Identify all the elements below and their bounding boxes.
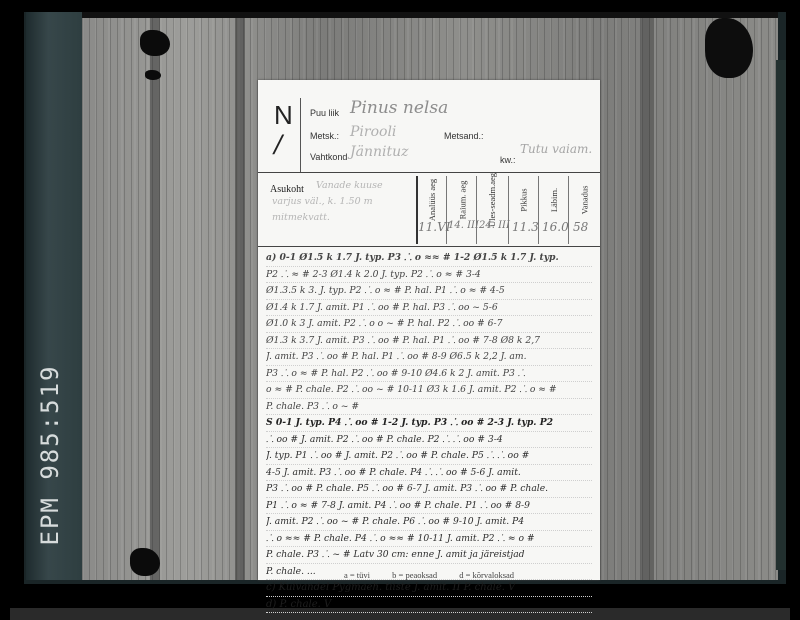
note-line: P2 ⸫ ≈ # 2-3 Ø1.4 k 2.0 J. typ. P2 ⸫ o ≈… xyxy=(266,267,592,284)
card-legend: a = tüvi b = peaoksad d = kõrvaloksad xyxy=(258,570,600,580)
measurement-table: Asukoht Vanade kuuse varjus väl., k. 1.5… xyxy=(258,172,600,247)
labim-value: 16.0 xyxy=(542,220,569,234)
note-line: Ø1.3.5 k 3. J. typ. P2 ⸫ o ≈ # P. hal. P… xyxy=(266,283,592,300)
note-line: c) Kuivandel Pygmaeh. tiiste J. amit. II… xyxy=(266,580,592,597)
note-line: Ø1.3 k 3.7 J. amit. P3 ⸫ oo # P. hal. P1… xyxy=(266,333,592,350)
note-line: o ≈ # P. chale. P2 ⸫ oo ~ # 10-11 Ø3 k 1… xyxy=(266,382,592,399)
note-line: J. amit. P3 ⸫ oo # P. hal. P1 ⸫ oo # 8-9… xyxy=(266,349,592,366)
note-line: 4-5 J. amit. P3 ⸫ oo # P. chale. P4 ⸫ ⸫ … xyxy=(266,465,592,482)
note-line: d) P. chale. V xyxy=(266,597,592,614)
wood-grain-stripe xyxy=(640,12,654,580)
table-divider xyxy=(476,176,477,244)
col-header-analyys-aeg: Analüüs aeg xyxy=(421,178,443,222)
legend-item-d: d = kõrvaloksad xyxy=(459,570,514,580)
note-line: P1 ⸫ o ≈ # 7-8 J. amit. P4 ⸫ oo # P. cha… xyxy=(266,498,592,515)
card-header: N / Puu liik Pinus nelsa Metsk.: Pirooli… xyxy=(258,80,600,173)
asukoht-line-3: mitmekvatt. xyxy=(272,212,330,223)
vanadus-value: 58 xyxy=(573,220,588,234)
analyys-aeg-value: 11.VI xyxy=(418,220,451,234)
vahtkond-value: Jännituz xyxy=(350,144,409,160)
note-line: P. chale. P3 ⸫ ~ # Latv 30 cm: enne J. a… xyxy=(266,547,592,564)
note-line: J. typ. P1 ⸫ oo # J. amit. P2 ⸫ oo # P. … xyxy=(266,448,592,465)
note-line: a) 0-1 Ø1.5 k 1.7 J. typ. P3 ⸫ o ≈≈ # 1-… xyxy=(266,250,592,267)
metsand-label: Metsand.: xyxy=(444,131,484,141)
note-line: P. chale. P3 ⸫ o ~ # xyxy=(266,399,592,416)
col-header-pikkus: Pikkus xyxy=(513,178,535,222)
archive-label: EPM 985:519 xyxy=(36,365,64,546)
note-line: P3 ⸫ o ≈ # P. hal. P2 ⸫ oo # 9-10 Ø4.6 k… xyxy=(266,366,592,383)
kw-value: Tutu vaiam. xyxy=(520,142,592,156)
legend-item-b: b = peaoksad xyxy=(392,570,437,580)
tree-analysis-card: N / Puu liik Pinus nelsa Metsk.: Pirooli… xyxy=(258,80,600,580)
col-header-vanadus: Vanadus xyxy=(573,178,595,222)
metsk-value: Pirooli xyxy=(350,124,396,140)
note-line: Ø1.0 k 3 J. amit. P2 ⸫ o o ~ # P. hal. P… xyxy=(266,316,592,333)
asukoht-line-1: Vanade kuuse xyxy=(316,180,383,191)
col-header-raium-aeg: Raium. aeg xyxy=(451,178,473,222)
asukoht-line-2: varjus väl., k. 1.50 m xyxy=(272,196,373,207)
number-value: / xyxy=(274,130,282,158)
number-mark: N xyxy=(274,100,293,131)
note-line: ⸫ o ≈≈ # P. chale. P4 ⸫ o ≈≈ # 10-11 J. … xyxy=(266,531,592,548)
note-line: ⸫ oo # J. amit. P2 ⸫ oo # P. chale. P2 ⸫… xyxy=(266,432,592,449)
table-divider xyxy=(508,176,509,244)
wood-grain-stripe xyxy=(150,12,160,580)
note-line-section-s: S 0-1 J. typ. P4 ⸫ oo # 1-2 J. typ. P3 ⸫… xyxy=(266,415,592,432)
note-line: Ø1.4 k 1.7 J. amit. P1 ⸫ oo # P. hal. P3… xyxy=(266,300,592,317)
pikkus-value: 11.3 xyxy=(512,220,539,234)
plate-edge-top xyxy=(82,12,778,18)
asukoht-label: Asukoht xyxy=(270,184,304,195)
raium-aeg-value: 14. III xyxy=(448,220,479,231)
col-header-labim: Läbim. xyxy=(543,178,565,222)
film-edge-right xyxy=(776,60,786,570)
note-line: J. amit. P2 ⸫ oo ~ # P. chale. P6 ⸫ oo #… xyxy=(266,514,592,531)
col-header-ules-seadm-aeg: Üles-seadm.aeg xyxy=(481,178,503,222)
note-line: P3 ⸫ oo # P. chale. P5 ⸫ oo # 6-7 J. ami… xyxy=(266,481,592,498)
metsk-label: Metsk.: xyxy=(310,131,339,141)
wood-grain-stripe xyxy=(235,12,245,580)
vahtkond-label: Vahtkond xyxy=(310,152,347,162)
ules-seadm-aeg-value: 24. III xyxy=(479,220,510,231)
puu-liik-label: Puu liik xyxy=(310,108,339,118)
legend-item-a: a = tüvi xyxy=(344,570,370,580)
emulsion-chip xyxy=(145,70,161,80)
analysis-notes: a) 0-1 Ø1.5 k 1.7 J. typ. P3 ⸫ o ≈≈ # 1-… xyxy=(266,250,592,613)
kw-label: kw.: xyxy=(500,155,516,165)
header-divider xyxy=(300,98,301,172)
puu-liik-value: Pinus nelsa xyxy=(350,98,448,118)
emulsion-chip xyxy=(140,30,170,56)
emulsion-chip xyxy=(130,548,160,576)
